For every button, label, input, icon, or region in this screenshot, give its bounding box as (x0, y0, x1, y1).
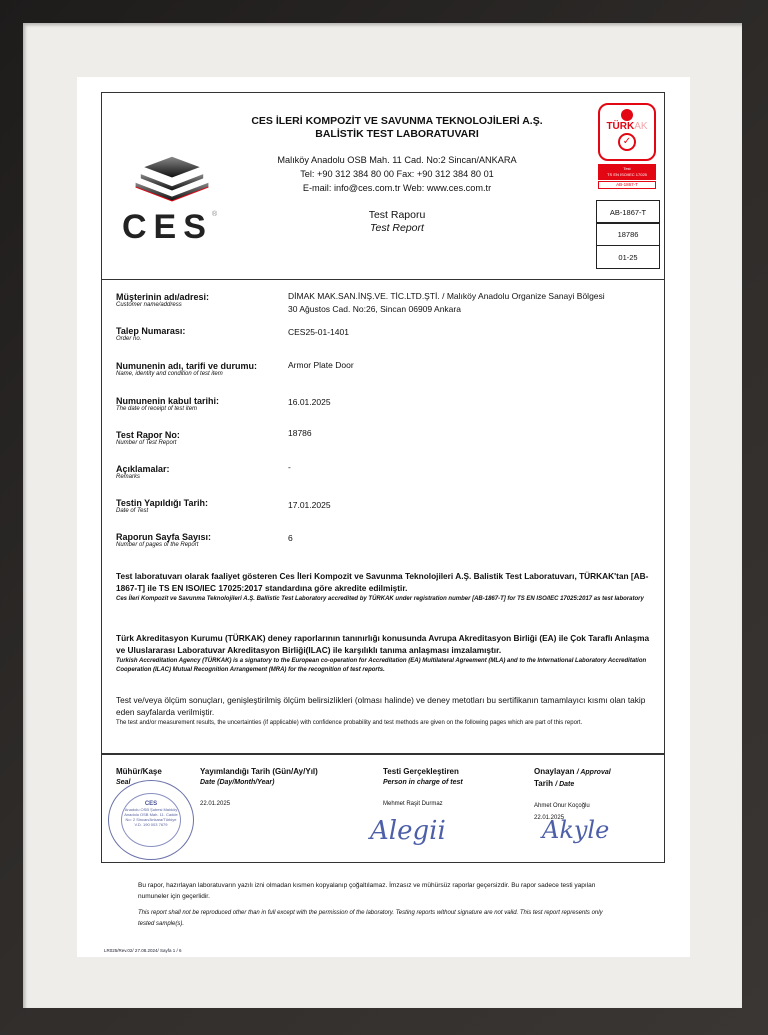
email-web: E-mail: info@ces.com.tr Web: www.ces.com… (232, 181, 562, 195)
ces-logo-text: CES (122, 208, 213, 247)
value-test-item: Armor Plate Door (288, 359, 648, 372)
report-header: CES ® CES İLERİ KOMPOZİT VE SAVUNMA TEKN… (101, 92, 665, 280)
approver-name: Ahmet Onur Koçoğlu (534, 802, 611, 811)
field-remarks: Açıklamalar: Remarks (116, 464, 170, 481)
tester-name: Mehmet Raşit Durmaz (383, 800, 463, 809)
value-report-no: 18786 (288, 427, 648, 440)
approver-column: Onaylayan / Approval Tarih / Date Ahmet … (534, 766, 611, 823)
month-year-box: 01-25 (596, 245, 660, 269)
header-center: CES İLERİ KOMPOZİT VE SAVUNMA TEKNOLOJİL… (232, 115, 562, 235)
contact-block: Malıköy Anadolu OSB Mah. 11 Cad. No:2 Si… (232, 153, 562, 195)
field-order-no: Talep Numarası: Order no. (116, 326, 185, 343)
turkak-code: AB-1867-T (598, 181, 656, 189)
picture-frame: CES ® CES İLERİ KOMPOZİT VE SAVUNMA TEKN… (0, 0, 768, 1035)
results-statement: Test ve/veya ölçüm sonuçları, genişleşti… (116, 694, 651, 728)
report-number-box: 18786 (596, 222, 660, 246)
field-test-item: Numunenin adı, tarifi ve durumu: Name, i… (116, 361, 257, 378)
phone-fax: Tel: +90 312 384 80 00 Fax: +90 312 384 … (232, 167, 562, 181)
footer-notice-en: This report shall not be reproduced othe… (138, 908, 618, 930)
value-test-date: 17.01.2025 (288, 499, 648, 512)
report-title-en: Test Report (232, 222, 562, 235)
report-title-tr: Test Raporu (232, 209, 562, 222)
crescent-star-icon (621, 109, 633, 121)
signature-block: Mühür/Kaşe Seal CES Anadolu OSB Şubesi M… (101, 753, 665, 863)
company-name: CES İLERİ KOMPOZİT VE SAVUNMA TEKNOLOJİL… (232, 115, 562, 128)
field-report-no: Test Rapor No: Number of Test Report (116, 430, 180, 447)
report-id-boxes: AB-1867-T 18786 01-25 (596, 201, 660, 269)
accreditation-number-box: AB-1867-T (596, 200, 660, 224)
turkak-accreditation-mark: TÜRKAK ✓ Test TS EN ISO/IEC 17025 AB-186… (598, 103, 656, 189)
issue-date: 22.01.2025 (200, 800, 318, 809)
tester-signature: Alegii (370, 816, 446, 846)
accreditation-statement: Test laboratuvarı olarak faaliyet göster… (116, 570, 651, 604)
value-order-no: CES25-01-1401 (288, 326, 648, 339)
address: Malıköy Anadolu OSB Mah. 11 Cad. No:2 Si… (232, 153, 562, 167)
turkak-standard-band: Test TS EN ISO/IEC 17025 (598, 164, 656, 180)
ces-logo-icon (122, 155, 222, 207)
report-footer: Bu rapor, hazırlayan laboratuvarın yazıl… (101, 880, 665, 930)
value-customer: DİMAK MAK.SAN.İNŞ.VE. TİC.LTD.ŞTİ. / Mal… (288, 290, 648, 316)
field-test-date: Testin Yapıldığı Tarih: Date of Test (116, 498, 208, 515)
registered-mark: ® (212, 211, 217, 218)
issue-date-column: Yayımlandığı Tarih (Gün/Ay/Yıl) Date (Da… (200, 766, 318, 809)
field-receipt-date: Numunenin kabul tarihi: The date of rece… (116, 396, 219, 413)
lab-name: BALİSTİK TEST LABORATUVARI (232, 128, 562, 141)
turkak-badge: TÜRKAK ✓ (598, 103, 656, 161)
value-remarks: - (288, 461, 648, 474)
footer-notice-tr: Bu rapor, hazırlayan laboratuvarın yazıl… (138, 880, 618, 902)
form-code: LR025/Rev.02/ 27.08.2024/ Sayfa 1 / 6 (104, 948, 181, 953)
test-report-document: CES ® CES İLERİ KOMPOZİT VE SAVUNMA TEKN… (101, 92, 665, 863)
turkak-wordmark: TÜRKAK (600, 121, 654, 132)
value-receipt-date: 16.01.2025 (288, 396, 648, 409)
checkmark-icon: ✓ (618, 133, 636, 151)
value-page-count: 6 (288, 532, 648, 545)
field-page-count: Raporun Sayfa Sayısı: Number of pages of… (116, 532, 211, 549)
report-details: Müşterinin adı/adresi: Customer name/add… (101, 279, 665, 755)
field-customer: Müşterinin adı/adresi: Customer name/add… (116, 292, 209, 309)
approver-signature: Akyle (542, 816, 609, 844)
mla-statement: Türk Akreditasyon Kurumu (TÜRKAK) deney … (116, 632, 651, 675)
report-title: Test Raporu Test Report (232, 209, 562, 235)
tester-column: Testi Gerçekleştiren Person in charge of… (383, 766, 463, 809)
official-stamp-icon: CES Anadolu OSB Şubesi Malıköy Anadolu O… (108, 780, 194, 860)
